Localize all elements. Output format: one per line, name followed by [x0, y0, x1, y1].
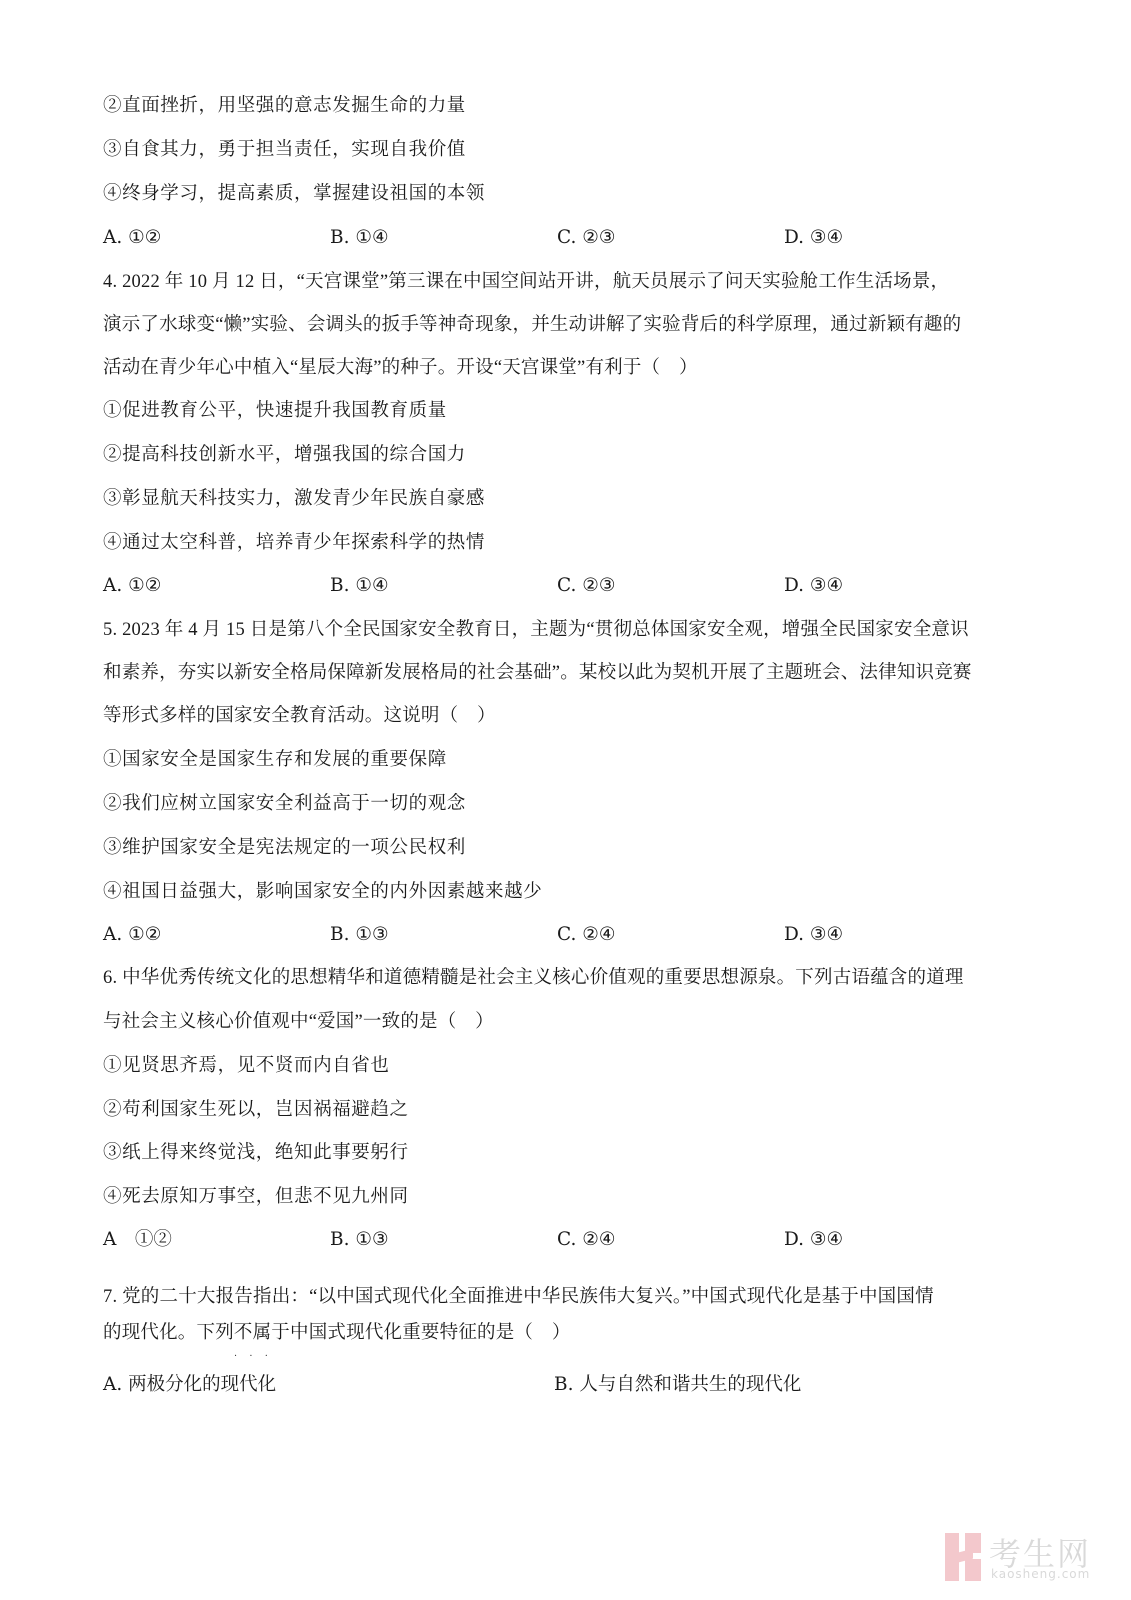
- q5-stem-line-1: 5. 2023 年 4 月 15 日是第八个全民国家安全教育日，主题为“贯彻总体…: [103, 618, 969, 642]
- q3-statement-2: ②直面挫折，用坚强的意志发掘生命的力量: [103, 94, 466, 118]
- q3-options: A. ①② B. ①④ C. ②③ D. ③④: [103, 226, 1003, 250]
- q4-option-a[interactable]: A. ①②: [103, 574, 161, 598]
- q6-options: A ①② B. ①③ C. ②④ D. ③④: [103, 1228, 1003, 1252]
- q5-option-a[interactable]: A. ①②: [103, 923, 161, 947]
- q6-option-c[interactable]: C. ②④: [557, 1228, 615, 1252]
- q5-options: A. ①② B. ①③ C. ②④ D. ③④: [103, 923, 1003, 947]
- q5-statement-2: ②我们应树立国家安全利益高于一切的观念: [103, 792, 466, 816]
- q6-statement-2: ②苟利国家生死以，岂因祸福避趋之: [103, 1098, 409, 1122]
- q5-option-b[interactable]: B. ①③: [330, 923, 389, 947]
- q3-statement-3: ③自食其力，勇于担当责任，实现自我价值: [103, 138, 466, 162]
- q7-emphasis-not: 不属于···: [234, 1323, 290, 1343]
- q4-stem-line-1: 4. 2022 年 10 月 12 日，“天宫课堂”第三课在中国空间站开讲，航天…: [103, 270, 949, 294]
- q6-statement-4: ④死去原知万事空，但悲不见九州同: [103, 1185, 409, 1209]
- q7-stem-line-2-pre: 的现代化。下列: [103, 1323, 234, 1343]
- q7-stem-line-1: 7. 党的二十大报告指出：“以中国式现代化全面推进中华民族伟大复兴。”中国式现代…: [103, 1285, 934, 1309]
- q7-stem-line-2-post: 中国式现代化重要特征的是（ ）: [290, 1323, 571, 1343]
- kaosheng-watermark: 考生网 kaosheng.com: [945, 1533, 1115, 1583]
- q4-statement-3: ③彰显航天科技实力，激发青少年民族自豪感: [103, 487, 485, 511]
- q7-emphasis-text: 不属于: [234, 1323, 290, 1343]
- q4-option-c[interactable]: C. ②③: [557, 574, 615, 598]
- emphasis-dots-icon: ···: [234, 1345, 280, 1369]
- q5-statement-1: ①国家安全是国家生存和发展的重要保障: [103, 748, 447, 772]
- q4-options: A. ①② B. ①④ C. ②③ D. ③④: [103, 574, 1003, 598]
- q5-option-d[interactable]: D. ③④: [784, 923, 843, 947]
- q5-option-c[interactable]: C. ②④: [557, 923, 615, 947]
- q7-option-b[interactable]: B. 人与自然和谐共生的现代化: [554, 1373, 801, 1397]
- q6-statement-3: ③纸上得来终觉浅，绝知此事要躬行: [103, 1141, 409, 1165]
- q4-stem-line-3: 活动在青少年心中植入“星辰大海”的种子。开设“天宫课堂”有利于（ ）: [103, 356, 698, 380]
- q3-option-c[interactable]: C. ②③: [557, 226, 615, 250]
- q6-stem-line-1: 6. 中华优秀传统文化的思想精华和道德精髓是社会主义核心价值观的重要思想源泉。下…: [103, 966, 964, 990]
- q4-option-d[interactable]: D. ③④: [784, 574, 843, 598]
- q4-statement-1: ①促进教育公平，快速提升我国教育质量: [103, 399, 447, 423]
- q4-option-b[interactable]: B. ①④: [330, 574, 389, 598]
- q6-statement-1: ①见贤思齐焉，见不贤而内自省也: [103, 1054, 390, 1078]
- q4-statement-2: ②提高科技创新水平，增强我国的综合国力: [103, 443, 466, 467]
- q3-option-b[interactable]: B. ①④: [330, 226, 389, 250]
- q7-stem-line-2: 的现代化。下列不属于···中国式现代化重要特征的是（ ）: [103, 1321, 571, 1345]
- q6-stem-line-2: 与社会主义核心价值观中“爱国”一致的是（ ）: [103, 1010, 494, 1034]
- q3-statement-4: ④终身学习，提高素质，掌握建设祖国的本领: [103, 182, 485, 206]
- q4-stem-line-2: 演示了水球变“懒”实验、会调头的扳手等神奇现象，并生动讲解了实验背后的科学原理，…: [103, 313, 961, 337]
- q6-option-b[interactable]: B. ①③: [330, 1228, 389, 1252]
- q6-option-d[interactable]: D. ③④: [784, 1228, 843, 1252]
- kaosheng-logo-icon: [945, 1533, 983, 1581]
- q7-option-a[interactable]: A. 两极分化的现代化: [103, 1373, 276, 1397]
- q6-option-a[interactable]: A ①②: [103, 1228, 172, 1252]
- q4-statement-4: ④通过太空科普，培养青少年探索科学的热情: [103, 531, 485, 555]
- q5-stem-line-2: 和素养，夯实以新安全格局保障新发展格局的社会基础”。某校以此为契机开展了主题班会…: [103, 661, 972, 685]
- q5-statement-4: ④祖国日益强大，影响国家安全的内外因素越来越少: [103, 880, 542, 904]
- q5-statement-3: ③维护国家安全是宪法规定的一项公民权利: [103, 836, 466, 860]
- q7-options: A. 两极分化的现代化 B. 人与自然和谐共生的现代化: [103, 1373, 1003, 1397]
- q3-option-d[interactable]: D. ③④: [784, 226, 843, 250]
- q3-option-a[interactable]: A. ①②: [103, 226, 161, 250]
- watermark-en-text: kaosheng.com: [991, 1567, 1090, 1581]
- q5-stem-line-3: 等形式多样的国家安全教育活动。这说明（ ）: [103, 704, 496, 728]
